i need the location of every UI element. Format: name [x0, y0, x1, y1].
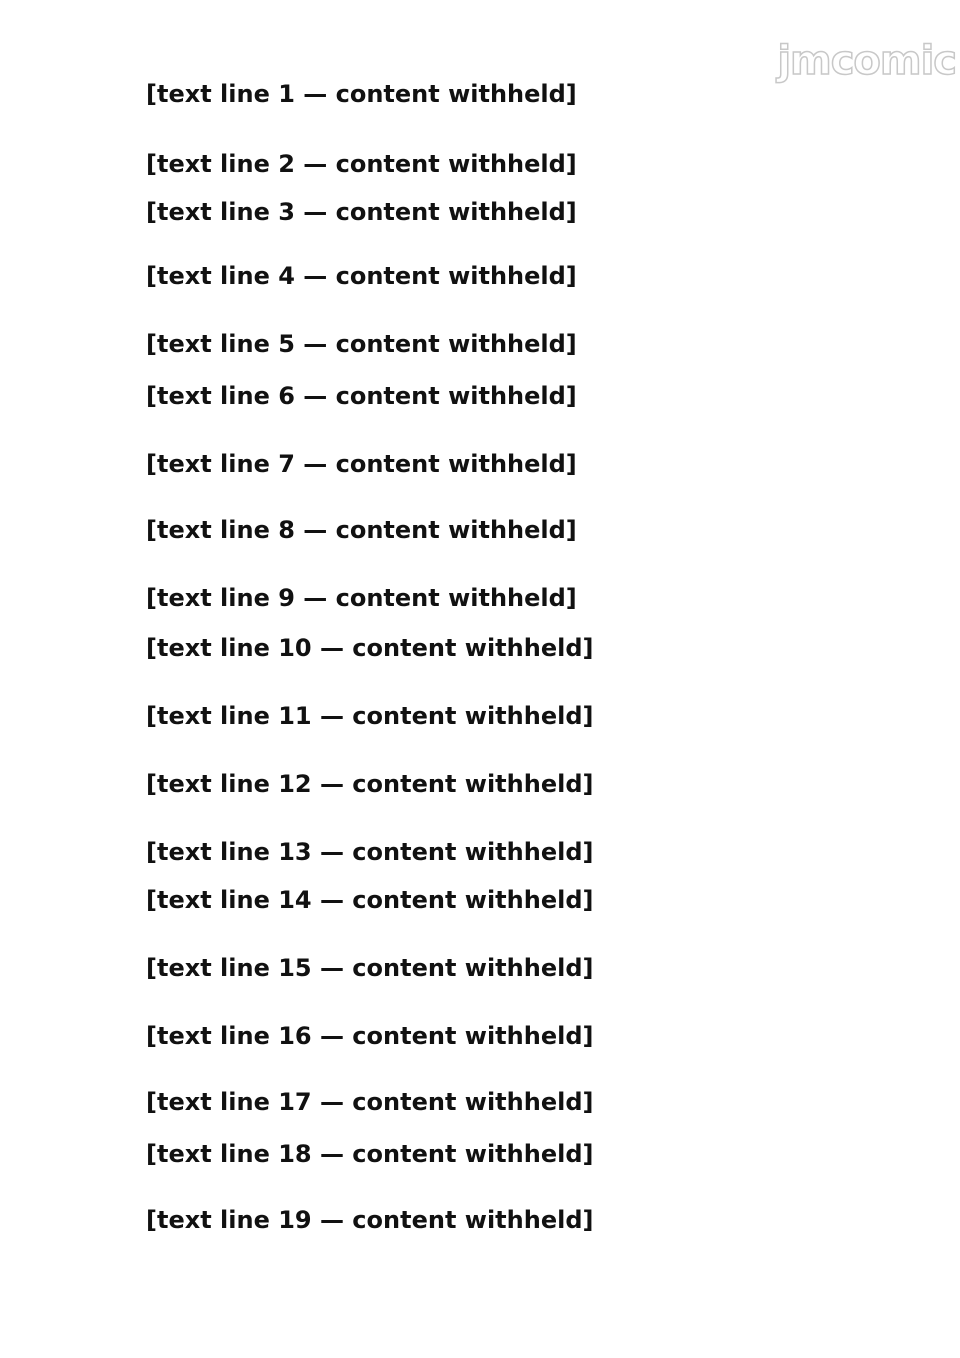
text-line: [text line 5 — content withheld] — [146, 330, 577, 358]
text-line: [text line 10 — content withheld] — [146, 634, 593, 662]
watermark-logo: jmcomic — [777, 38, 956, 84]
text-line: [text line 4 — content withheld] — [146, 262, 577, 290]
text-line: [text line 2 — content withheld] — [146, 150, 577, 178]
text-line: [text line 15 — content withheld] — [146, 954, 593, 982]
text-line: [text line 14 — content withheld] — [146, 886, 593, 914]
text-line: [text line 1 — content withheld] — [146, 80, 577, 108]
text-line: [text line 13 — content withheld] — [146, 838, 593, 866]
text-line: [text line 3 — content withheld] — [146, 198, 577, 226]
text-line: [text line 16 — content withheld] — [146, 1022, 593, 1050]
text-line: [text line 17 — content withheld] — [146, 1088, 593, 1116]
text-line: [text line 12 — content withheld] — [146, 770, 593, 798]
text-line: [text line 11 — content withheld] — [146, 702, 593, 730]
text-line: [text line 18 — content withheld] — [146, 1140, 593, 1168]
text-line: [text line 19 — content withheld] — [146, 1206, 593, 1234]
text-line: [text line 9 — content withheld] — [146, 584, 577, 612]
text-line: [text line 6 — content withheld] — [146, 382, 577, 410]
text-line: [text line 8 — content withheld] — [146, 516, 577, 544]
text-line: [text line 7 — content withheld] — [146, 450, 577, 478]
